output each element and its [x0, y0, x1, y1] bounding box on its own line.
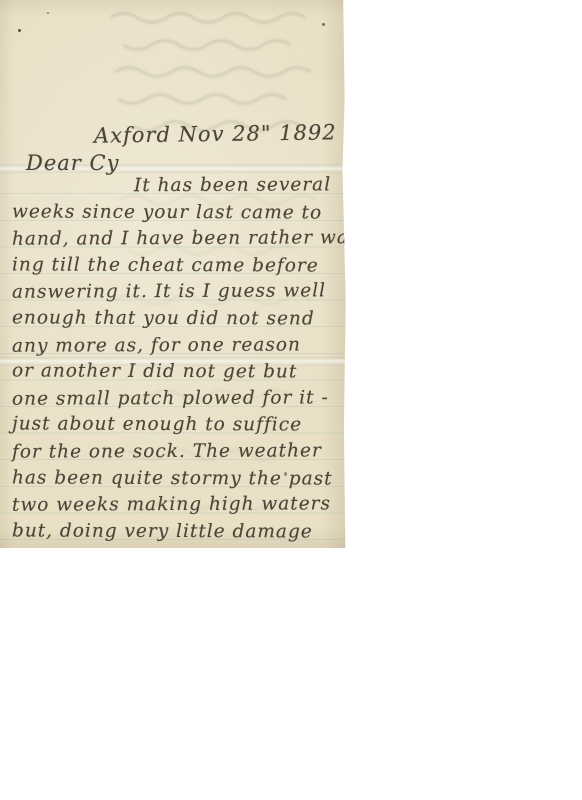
letter-line: or another I did not get but: [12, 359, 342, 387]
letter-line: answering it. It is I guess well: [12, 279, 342, 307]
letter-line: one small patch plowed for it -: [12, 385, 342, 413]
letter-line: for the one sock. The weather: [12, 438, 342, 466]
foxing-speck: [18, 29, 21, 32]
letter-body: It has been several weeks since your las…: [12, 173, 342, 545]
letter-line: hand, and I have been rather wait: [12, 225, 342, 253]
letter-line: weeks since your last came to: [12, 199, 342, 227]
letter-line: ing till the cheat came before: [12, 252, 342, 280]
letter-page: Axford Nov 28" 1892 Dear Cy It has been …: [0, 0, 346, 548]
dateline: Axford Nov 28" 1892: [94, 120, 337, 147]
letter-line: two weeks making high waters: [12, 491, 342, 519]
foxing-speck: [47, 12, 49, 14]
letter-line: enough that you did not send: [12, 305, 342, 333]
letter-line: any more as, for one reason: [12, 332, 342, 360]
letter-line: has been quite stormy the past: [12, 465, 342, 493]
foxing-speck: [322, 23, 325, 26]
salutation: Dear Cy: [26, 151, 119, 175]
letter-line: but, doing very little damage: [12, 518, 342, 546]
scan-background: Axford Nov 28" 1892 Dear Cy It has been …: [0, 0, 582, 800]
letter-line: It has been several: [12, 172, 342, 200]
letter-line: just about enough to suffice: [12, 412, 342, 440]
